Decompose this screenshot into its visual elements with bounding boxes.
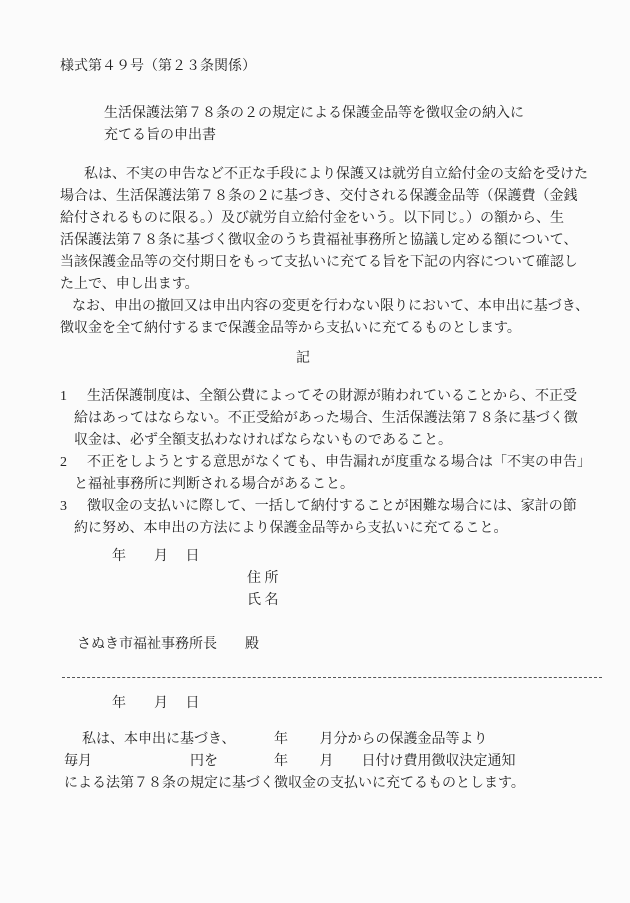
- cut-separator-line: [62, 677, 602, 678]
- lower-statement-line: 私は、本申出に基づき、 年 月分からの保護金品等より: [60, 729, 602, 751]
- list-item-line: 徴収金の支払いに際して、一括して納付することが困難な場合には、家計の節: [87, 499, 577, 514]
- list-item-number: 1: [60, 386, 87, 408]
- list-item-line: 約に努め、本申出の方法により保護金品等から支払いに充てること。: [60, 518, 602, 540]
- lower-statement-line: による法第７８条の規定に基づく徴収金の支払いに充てるものとします。: [60, 773, 602, 795]
- body-text: 私は、不実の申告など不正な手段により保護又は就労自立給付金の支給を受けた 場合は…: [60, 164, 602, 340]
- list-item-line: 給はあってはならない。不正受給があった場合、生活保護法第７８条に基づく徴: [60, 408, 602, 430]
- paragraph1-line: 給付されるものに限る。）及び就労自立給付金をいう。以下同じ。）の額から、生: [60, 208, 602, 230]
- paragraph1-line: た上で、申し出ます。: [60, 274, 602, 296]
- lower-statement-line: 毎月 円を 年 月 日付け費用徴収決定通知: [60, 751, 602, 773]
- ki-heading: 記: [60, 348, 602, 370]
- list-item-line: と福祉事務所に判断される場合があること。: [60, 474, 602, 496]
- title-line-1: 生活保護法第７８条の２の規定による保護金品等を徴収金の納入に: [104, 103, 602, 125]
- paragraph1-line: 私は、不実の申告など不正な手段により保護又は就労自立給付金の支給を受けた: [60, 164, 602, 186]
- document-page: 様式第４９号（第２３条関係） 生活保護法第７８条の２の規定による保護金品等を徴収…: [0, 0, 630, 903]
- document-title: 生活保護法第７８条の２の規定による保護金品等を徴収金の納入に 充てる旨の申出書: [60, 103, 602, 147]
- paragraph2-line: 徴収金を全て納付するまで保護金品等から支払いに充てるものとします。: [60, 318, 602, 340]
- list-item-2: 2不正をしようとする意思がなくても、申告漏れが度重なる場合は「不実の申告」: [60, 452, 602, 474]
- list-item-3: 3徴収金の支払いに際して、一括して納付することが困難な場合には、家計の節: [60, 496, 602, 518]
- form-number: 様式第４９号（第２３条関係）: [60, 56, 602, 78]
- lower-date-blank-line: 年 月 日: [60, 693, 602, 715]
- recipient-line: さぬき市福祉事務所長 殿: [60, 634, 602, 656]
- paragraph1-line: 活保護法第７８条に基づく徴収金のうち貴福祉事務所と協議し定める額について、: [60, 230, 602, 252]
- list-item-line: 生活保護制度は、全額公費によってその財源が賄われていることから、不正受: [87, 389, 577, 404]
- list-item-line: 収金は、必ず全額支払わなければならないものであること。: [60, 430, 602, 452]
- paragraph1-line: 当該保護金品等の交付期日をもって支払いに充てる旨を下記の内容について確認し: [60, 252, 602, 274]
- numbered-list: 1生活保護制度は、全額公費によってその財源が賄われていることから、不正受 給はあ…: [60, 386, 602, 540]
- paragraph1-line: 場合は、生活保護法第７８条の２に基づき、交付される保護金品等（保護費（金銭: [60, 186, 602, 208]
- date-blank-line: 年 月 日: [60, 546, 602, 568]
- paragraph2-line: なお、申出の撤回又は申出内容の変更を行わない限りにおいて、本申出に基づき、: [60, 296, 602, 318]
- list-item-number: 3: [60, 496, 87, 518]
- address-label: 住 所: [60, 568, 602, 590]
- list-item-1: 1生活保護制度は、全額公費によってその財源が賄われていることから、不正受: [60, 386, 602, 408]
- list-item-line: 不正をしようとする意思がなくても、申告漏れが度重なる場合は「不実の申告」: [87, 455, 591, 470]
- list-item-number: 2: [60, 452, 87, 474]
- name-label: 氏 名: [60, 590, 602, 612]
- title-line-2: 充てる旨の申出書: [104, 125, 602, 147]
